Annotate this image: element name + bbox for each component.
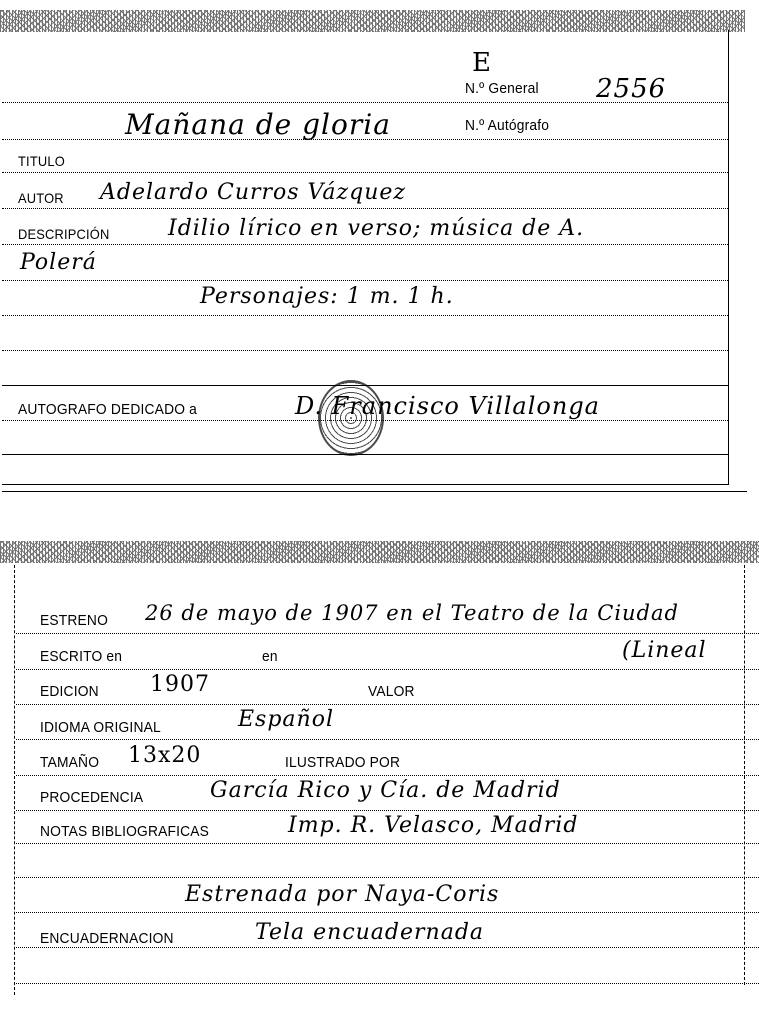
premiere-label: ESTRENO [40, 612, 108, 629]
scan-noise-bottom [0, 541, 759, 563]
rule [2, 172, 728, 173]
rule [2, 315, 728, 316]
size-value: 13x20 [128, 743, 201, 768]
edition-value: 1907 [150, 672, 210, 697]
rule [16, 775, 759, 776]
rule [16, 739, 759, 740]
rule [16, 912, 759, 913]
title-label: TITULO [18, 153, 65, 169]
premiere-value: 26 de mayo de 1907 en el Teatro de la Ci… [145, 601, 679, 625]
dedicated-label: AUTOGRAFO DEDICADO a [18, 401, 197, 418]
rule [2, 208, 728, 209]
rule [2, 454, 728, 455]
origin-label: PROCEDENCIA [40, 789, 143, 806]
card-border-left [14, 565, 15, 995]
rule [2, 139, 728, 140]
description-label: DESCRIPCIÓN [18, 226, 109, 242]
rule [16, 843, 759, 844]
characters-value: Personajes: 1 m. 1 h. [200, 284, 454, 309]
rule [2, 244, 728, 245]
author-value: Adelardo Curros Vázquez [100, 180, 406, 205]
language-value: Español [238, 707, 334, 732]
rule [16, 704, 759, 705]
card-bottom-edge [2, 484, 729, 485]
illustrated-label: ILUSTRADO POR [285, 754, 400, 771]
dedicated-value: D. Francisco Villalonga [295, 392, 600, 420]
edition-label: EDICION [40, 683, 99, 700]
origin-value: García Rico y Cía. de Madrid [210, 778, 561, 803]
description-line2: Polerá [20, 250, 97, 275]
autograph-number-label: N.º Autógrafo [465, 117, 549, 134]
premiere-continuation: (Lineal [622, 638, 707, 663]
general-number-value: 2556 [596, 74, 666, 104]
card-border-right-bottom [744, 565, 745, 985]
card-border-right [728, 30, 729, 485]
title-value: Mañana de gloria [125, 108, 391, 141]
rule [16, 947, 759, 948]
binding-label: ENCUADERNACION [40, 930, 174, 947]
general-number-label: N.º General [465, 80, 539, 97]
bibliographic-notes-label: NOTAS BIBLIOGRAFICAS [40, 823, 209, 840]
rule [2, 102, 728, 103]
rule [16, 810, 759, 811]
rule [2, 280, 728, 281]
catalog-card-bottom: ESTRENO 26 de mayo de 1907 en el Teatro … [0, 535, 759, 1028]
size-label: TAMAÑO [40, 754, 99, 771]
rule [16, 633, 759, 634]
binding-value: Tela encuadernada [255, 920, 484, 945]
author-label: AUTOR [18, 190, 64, 206]
general-number-mark: E [472, 48, 492, 78]
language-label: IDIOMA ORIGINAL [40, 719, 161, 736]
written-label: ESCRITO en [40, 648, 122, 665]
rule [16, 669, 759, 670]
scan-noise-top [0, 10, 745, 32]
card-cut-line [2, 491, 747, 492]
value-label: VALOR [368, 683, 415, 700]
rule [2, 420, 728, 421]
written-label-2: en [262, 648, 278, 665]
catalog-card-top: E N.º General 2556 Mañana de gloria N.º … [0, 0, 745, 492]
rule [16, 983, 759, 984]
description-line1: Idilio lírico en verso; música de A. [168, 216, 584, 241]
extra-note-value: Estrenada por Naya-Coris [185, 882, 499, 907]
rule [16, 877, 759, 878]
rule [2, 350, 728, 351]
bibliographic-notes-value: Imp. R. Velasco, Madrid [288, 813, 578, 838]
